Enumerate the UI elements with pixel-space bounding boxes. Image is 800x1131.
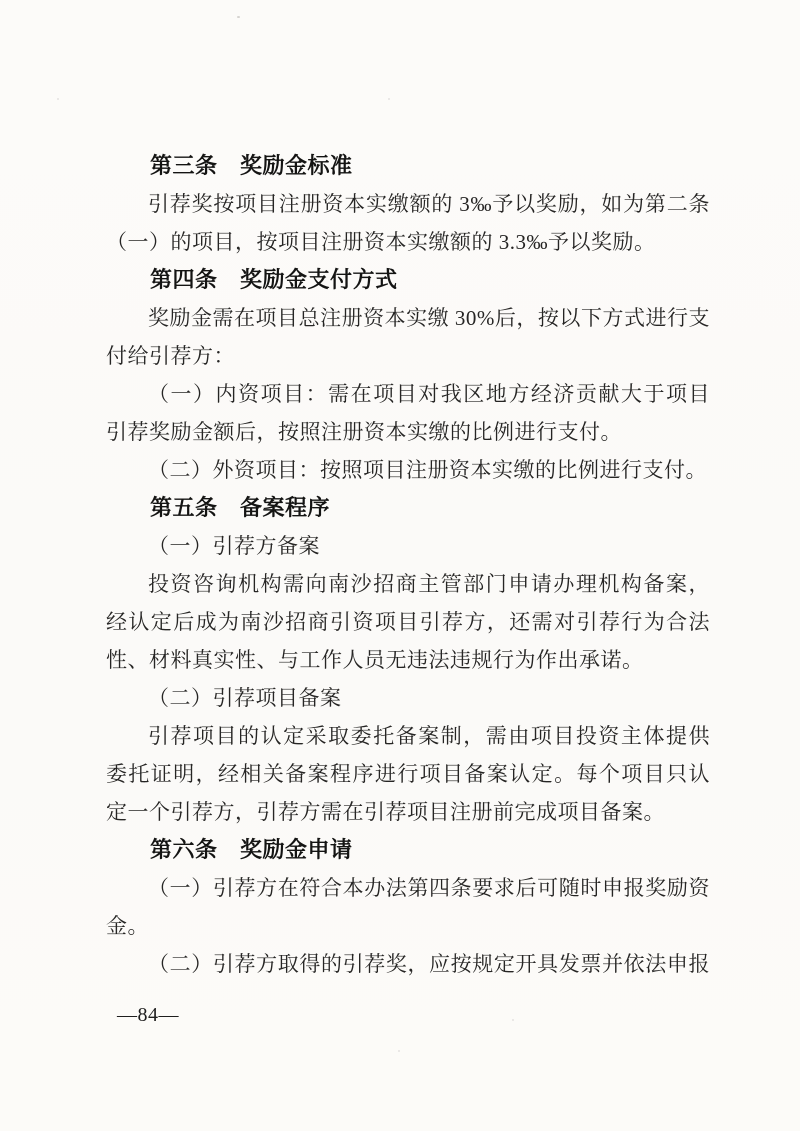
body-text-line: 投资咨询机构需向南沙招商主管部门申请办理机构备案， [106, 565, 710, 603]
body-text-line: 奖励金需在项目总注册资本实缴 30%后，按以下方式进行支 [106, 299, 710, 337]
body-text-line: 付给引荐方： [106, 337, 710, 375]
scan-artifact [512, 1019, 514, 1021]
scan-artifact [57, 98, 59, 100]
article-heading: 第三条 奖励金标准 [106, 147, 710, 185]
document-page: 第三条 奖励金标准引荐奖按项目注册资本实缴额的 3‰予以奖励，如为第二条（一）的… [0, 0, 800, 1131]
body-text-line: （一）的项目，按项目注册资本实缴额的 3.3‰予以奖励。 [106, 223, 710, 261]
page-number: —84— [117, 1004, 179, 1027]
scan-artifact [237, 16, 240, 18]
article-heading: 第五条 备案程序 [106, 489, 710, 527]
body-text-line: 性、材料真实性、与工作人员无违法违规行为作出承诺。 [106, 641, 710, 679]
body-text-line: （一）引荐方备案 [106, 527, 710, 565]
article-heading: 第六条 奖励金申请 [106, 831, 710, 869]
body-text-line: 委托证明，经相关备案程序进行项目备案认定。每个项目只认 [106, 755, 710, 793]
document-body: 第三条 奖励金标准引荐奖按项目注册资本实缴额的 3‰予以奖励，如为第二条（一）的… [106, 147, 710, 983]
scan-artifact [388, 98, 390, 100]
body-text-line: 经认定后成为南沙招商引资项目引荐方，还需对引荐行为合法 [106, 603, 710, 641]
body-text-line: （二）引荐方取得的引荐奖，应按规定开具发票并依法申报 [106, 945, 710, 983]
body-text-line: （一）内资项目：需在项目对我区地方经济贡献大于项目 [106, 375, 710, 413]
body-text-line: 定一个引荐方，引荐方需在引荐项目注册前完成项目备案。 [106, 793, 710, 831]
article-heading: 第四条 奖励金支付方式 [106, 261, 710, 299]
body-text-line: 引荐项目的认定采取委托备案制，需由项目投资主体提供 [106, 717, 710, 755]
body-text-line: 引荐奖励金额后，按照注册资本实缴的比例进行支付。 [106, 413, 710, 451]
scan-artifact [398, 1050, 400, 1052]
body-text-line: （二）外资项目：按照项目注册资本实缴的比例进行支付。 [106, 451, 710, 489]
body-text-line: （二）引荐项目备案 [106, 679, 710, 717]
body-text-line: 引荐奖按项目注册资本实缴额的 3‰予以奖励，如为第二条 [106, 185, 710, 223]
body-text-line: （一）引荐方在符合本办法第四条要求后可随时申报奖励资 [106, 869, 710, 907]
body-text-line: 金。 [106, 907, 710, 945]
